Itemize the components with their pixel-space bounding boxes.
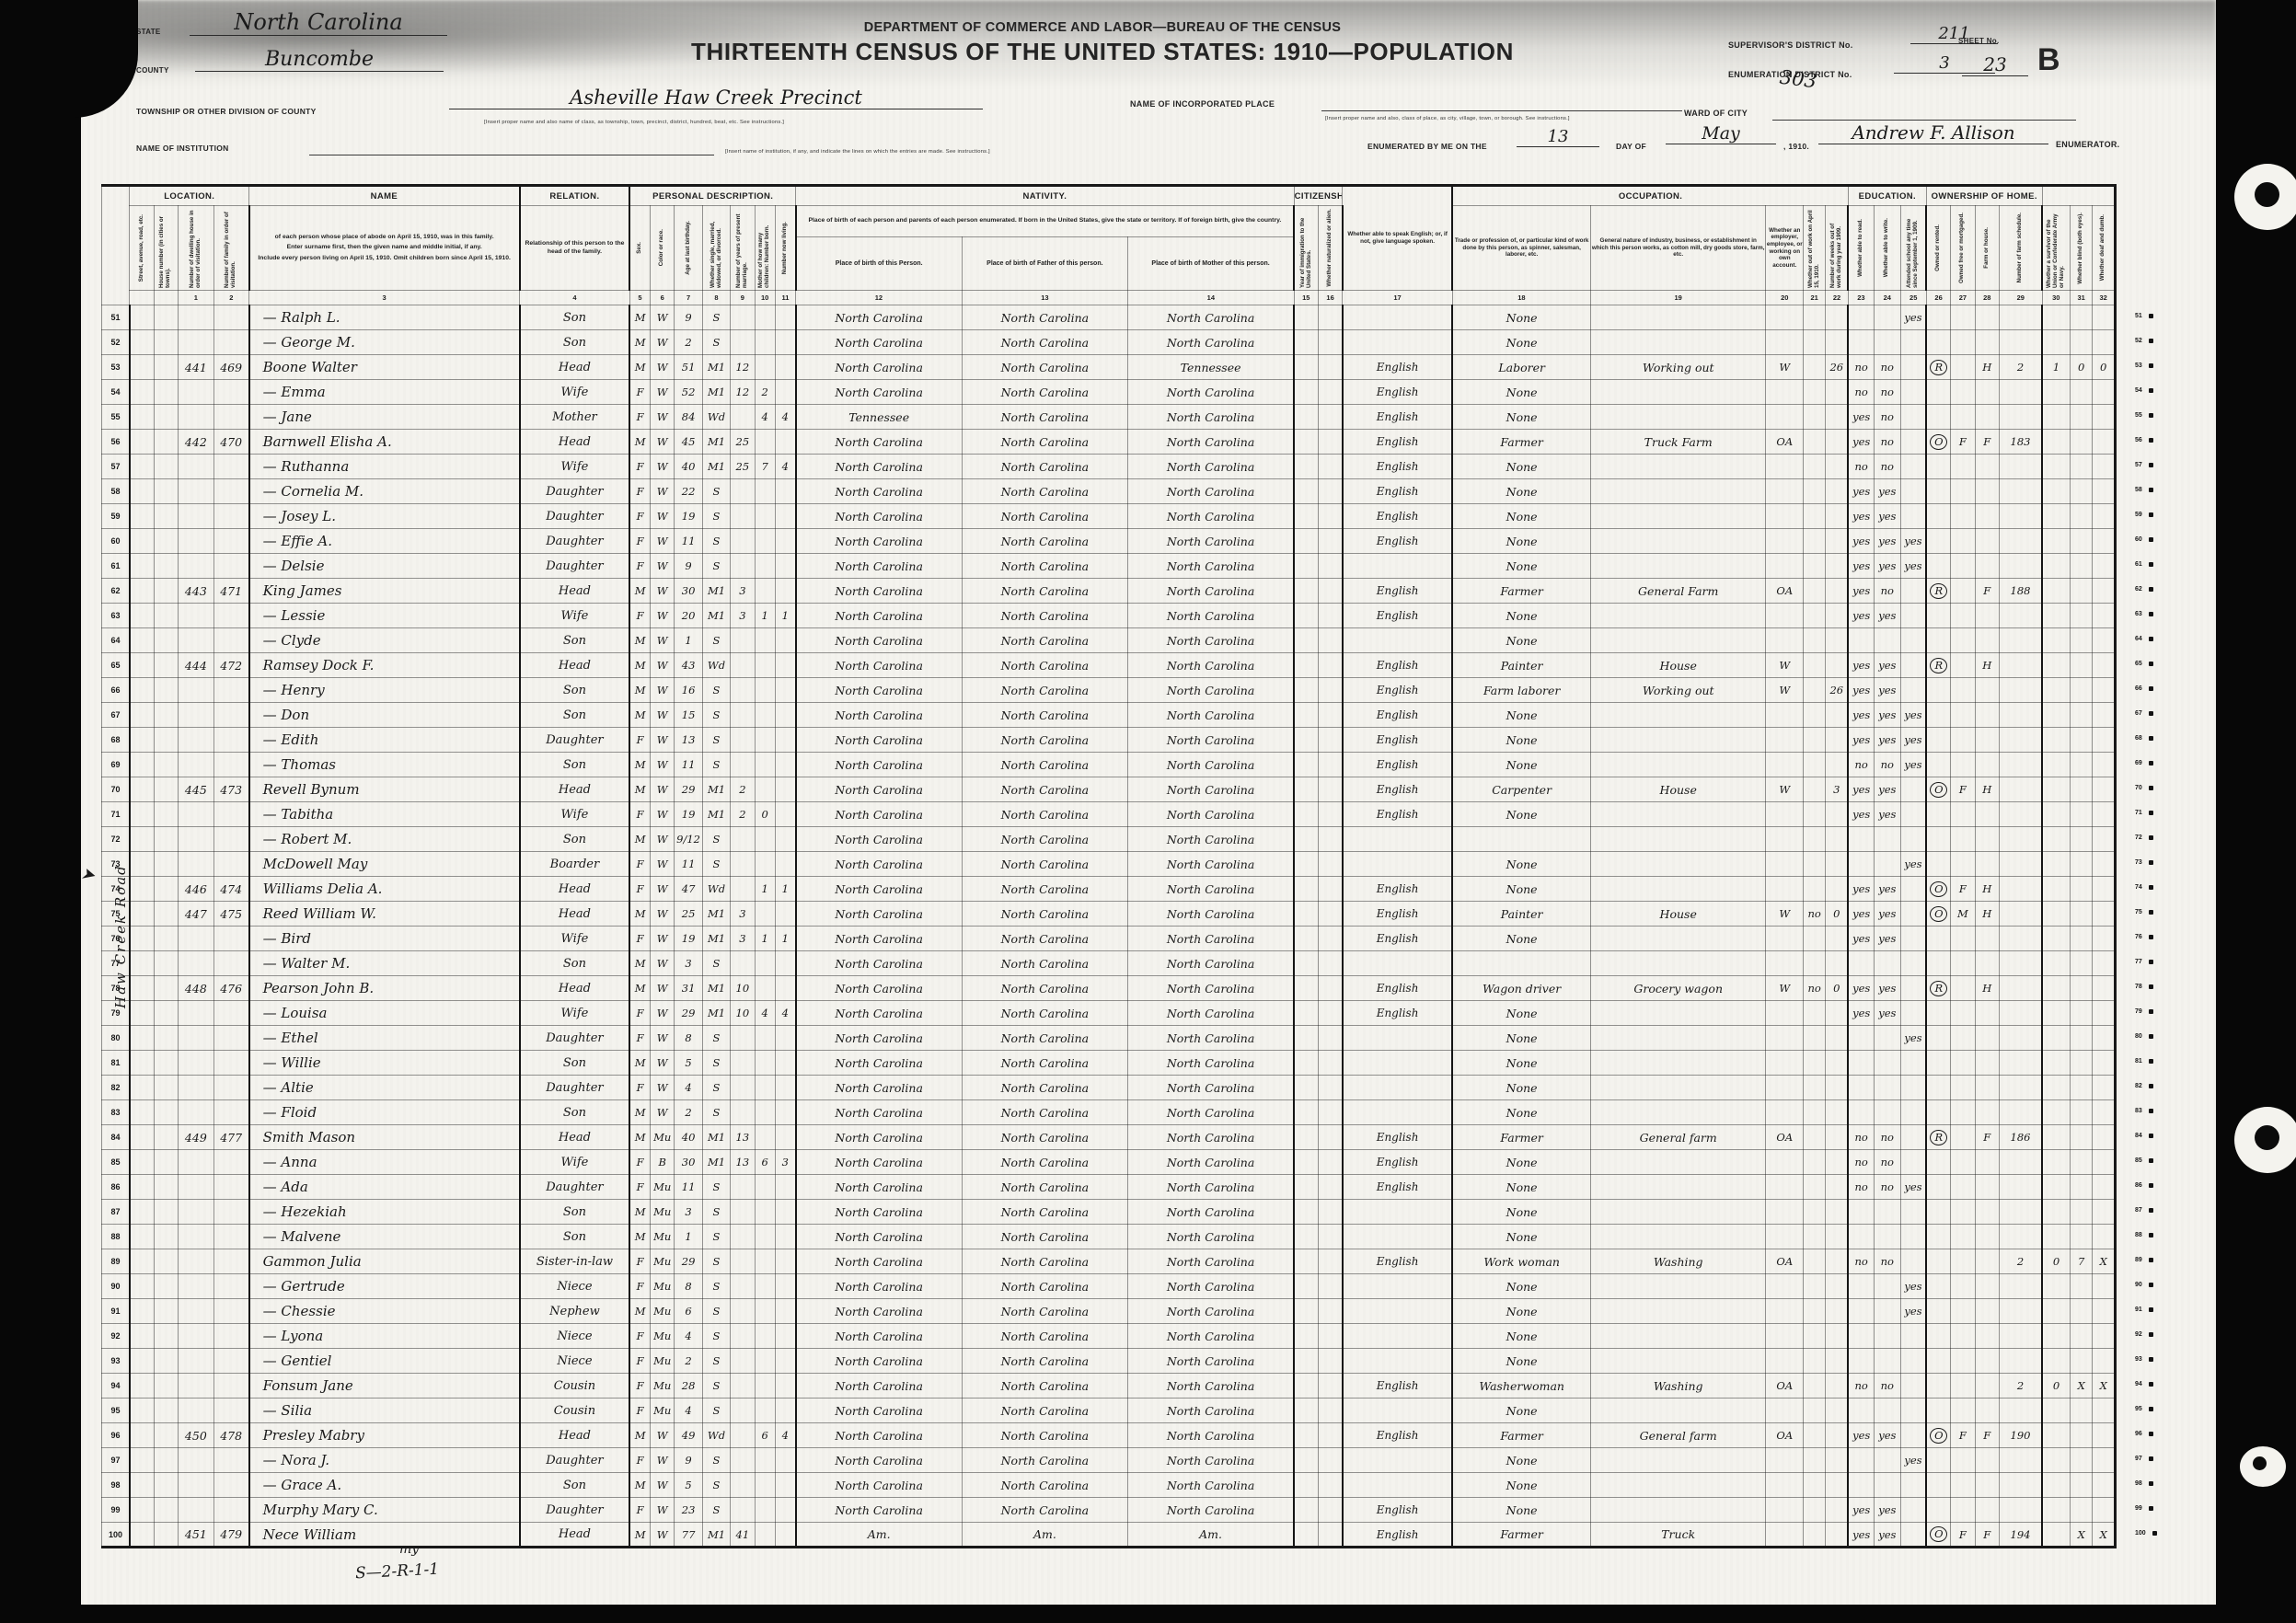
cell-mar: S: [702, 852, 730, 877]
census-row: 64— ClydeSonMW1SNorth CarolinaNorth Caro…: [102, 628, 2116, 653]
cell-trade: None: [1452, 802, 1590, 827]
cell-street: [130, 1448, 154, 1473]
cell-ln: 55: [102, 405, 130, 430]
cell-sch: [1900, 380, 1926, 405]
cell-imm: [1294, 628, 1318, 653]
cell-name: — Ada: [249, 1175, 520, 1200]
margin-line-number: 94: [2135, 1372, 2209, 1397]
cell-house: [154, 1026, 178, 1051]
footer-scribble-1: my: [399, 1542, 419, 1557]
cell-house: [154, 1076, 178, 1100]
cell-age: 28: [675, 1374, 702, 1399]
cell-ln: 86: [102, 1175, 130, 1200]
cell-trade: Painter: [1452, 653, 1590, 678]
cell-sex: F: [629, 1150, 650, 1175]
cell-oow: [1804, 455, 1826, 479]
cell-mar: S: [702, 1249, 730, 1274]
cell-fam: [213, 1225, 249, 1249]
cell-trade: None: [1452, 1076, 1590, 1100]
cell-house: [154, 1100, 178, 1125]
cell-deaf: [2093, 753, 2116, 777]
cell-dw: [179, 628, 214, 653]
cell-fh: [1975, 1200, 1999, 1225]
cell-trade: None: [1452, 1498, 1590, 1523]
cell-name: — Ruthanna: [249, 455, 520, 479]
cell-emp: [1766, 529, 1804, 554]
cell-read: yes: [1848, 777, 1874, 802]
cell-rel: Wife: [520, 455, 630, 479]
group-header-row: LOCATION. NAME RELATION. PERSONAL DESCRI…: [102, 186, 2116, 206]
cell-nat: [1318, 1150, 1342, 1175]
cell-age: 84: [675, 405, 702, 430]
cell-fam: [213, 1100, 249, 1125]
cell-farm: [1999, 827, 2042, 852]
cell-write: yes: [1875, 479, 1900, 504]
cell-sch: [1900, 355, 1926, 380]
cell-read: yes: [1848, 579, 1874, 604]
cell-street: [130, 355, 154, 380]
cell-oow: no: [1804, 976, 1826, 1001]
cell-name: — Jane: [249, 405, 520, 430]
cell-farm: [1999, 1051, 2042, 1076]
margin-line-number: 93: [2135, 1347, 2209, 1372]
cell-eng: English: [1343, 777, 1453, 802]
cell-bp: North Carolina: [796, 380, 962, 405]
cell-farm: [1999, 1026, 2042, 1051]
cell-col: B: [651, 1150, 675, 1175]
census-row: 79— LouisaWifeFW29M11044North CarolinaNo…: [102, 1001, 2116, 1026]
cell-street: [130, 1051, 154, 1076]
cell-write: [1875, 852, 1900, 877]
cell-vet: [2042, 1125, 2070, 1150]
cell-write: no: [1875, 1249, 1900, 1274]
cell-cl: [775, 1448, 795, 1473]
cell-dw: [179, 1026, 214, 1051]
cell-eng: [1343, 1225, 1453, 1249]
cell-cl: [775, 951, 795, 976]
cell-write: yes: [1875, 976, 1900, 1001]
cell-eng: English: [1343, 1523, 1453, 1548]
cell-house: [154, 777, 178, 802]
cell-trade: None: [1452, 1324, 1590, 1349]
cell-farm: [1999, 1498, 2042, 1523]
cell-emp: [1766, 1498, 1804, 1523]
cell-name: Smith Mason: [249, 1125, 520, 1150]
census-row: 90— GertrudeNieceFMu8SNorth CarolinaNort…: [102, 1274, 2116, 1299]
cell-emp: W: [1766, 976, 1804, 1001]
cell-eng: English: [1343, 1175, 1453, 1200]
cell-blind: [2071, 777, 2093, 802]
margin-line-number: 82: [2135, 1074, 2209, 1099]
cell-wks: [1826, 1125, 1848, 1150]
cell-ln: 58: [102, 479, 130, 504]
cell-emp: [1766, 628, 1804, 653]
cell-fh: F: [1975, 1423, 1999, 1448]
cell-blind: [2071, 852, 2093, 877]
col-header-write: Whether able to write.: [1875, 206, 1900, 291]
cell-blind: [2071, 1150, 2093, 1175]
column-number-row: 1234567891011121314151617181920212223242…: [102, 291, 2116, 305]
cell-bpf: North Carolina: [962, 1299, 1127, 1324]
cell-rel: Wife: [520, 1150, 630, 1175]
cell-own: [1926, 1051, 1950, 1076]
cell-write: yes: [1875, 604, 1900, 628]
census-row: 78448476Pearson John B.HeadMW31M110North…: [102, 976, 2116, 1001]
cell-cl: 3: [775, 1150, 795, 1175]
margin-line-number: 69: [2135, 751, 2209, 776]
cell-emp: [1766, 1175, 1804, 1200]
cell-read: yes: [1848, 504, 1874, 529]
cell-col: W: [651, 653, 675, 678]
cell-col: W: [651, 479, 675, 504]
cell-ind: [1590, 1448, 1766, 1473]
cell-sch: yes: [1900, 554, 1926, 579]
cell-name: — Ethel: [249, 1026, 520, 1051]
cell-fh: [1975, 305, 1999, 330]
cell-cb: [755, 1473, 775, 1498]
cell-bpm: North Carolina: [1128, 305, 1294, 330]
cell-emp: [1766, 1399, 1804, 1423]
cell-write: [1875, 1225, 1900, 1249]
cell-farm: [1999, 902, 2042, 927]
cell-rel: Head: [520, 976, 630, 1001]
cell-deaf: [2093, 1399, 2116, 1423]
cell-col: W: [651, 380, 675, 405]
cell-rel: Head: [520, 355, 630, 380]
cell-ln: 96: [102, 1423, 130, 1448]
cell-age: 45: [675, 430, 702, 455]
cell-imm: [1294, 1225, 1318, 1249]
cell-col: W: [651, 827, 675, 852]
cell-mort: [1951, 703, 1975, 728]
cell-eng: [1343, 1026, 1453, 1051]
cell-write: yes: [1875, 1423, 1900, 1448]
cell-ind: [1590, 1225, 1766, 1249]
cell-farm: [1999, 1175, 2042, 1200]
cell-mar: M1: [702, 1001, 730, 1026]
margin-line-number: 80: [2135, 1024, 2209, 1049]
cell-rel: Son: [520, 1200, 630, 1225]
cell-dw: [179, 927, 214, 951]
cell-bp: North Carolina: [796, 330, 962, 355]
cell-sch: [1900, 1150, 1926, 1175]
cell-cl: [775, 1399, 795, 1423]
cell-street: [130, 728, 154, 753]
cell-ln: 69: [102, 753, 130, 777]
cell-read: yes: [1848, 1523, 1874, 1548]
cell-age: 2: [675, 1349, 702, 1374]
cell-farm: [1999, 1076, 2042, 1100]
cell-cl: [775, 728, 795, 753]
cell-deaf: [2093, 678, 2116, 703]
cell-name: — Robert M.: [249, 827, 520, 852]
cell-ind: [1590, 529, 1766, 554]
cell-bpf: North Carolina: [962, 579, 1127, 604]
cell-name: — Nora J.: [249, 1448, 520, 1473]
cell-ln: 67: [102, 703, 130, 728]
cell-read: no: [1848, 753, 1874, 777]
margin-arrow: ➤: [79, 864, 97, 886]
cell-street: [130, 628, 154, 653]
cell-street: [130, 405, 154, 430]
cell-farm: [1999, 380, 2042, 405]
cell-farm: [1999, 1399, 2042, 1423]
cell-cb: [755, 1374, 775, 1399]
cell-street: [130, 678, 154, 703]
cell-ln: 88: [102, 1225, 130, 1249]
cell-read: yes: [1848, 802, 1874, 827]
department-line: DEPARTMENT OF COMMERCE AND LABOR—BUREAU …: [385, 20, 1820, 35]
cell-oow: [1804, 1076, 1826, 1100]
census-row: 65444472Ramsey Dock F.HeadMW43WdNorth Ca…: [102, 653, 2116, 678]
cell-imm: [1294, 1324, 1318, 1349]
cell-blind: [2071, 1473, 2093, 1498]
cell-write: yes: [1875, 1523, 1900, 1548]
cell-fh: [1975, 1498, 1999, 1523]
cell-trade: None: [1452, 604, 1590, 628]
cell-rel: Head: [520, 777, 630, 802]
cell-age: 23: [675, 1498, 702, 1523]
cell-deaf: [2093, 902, 2116, 927]
cell-trade: None: [1452, 753, 1590, 777]
cell-ln: 91: [102, 1299, 130, 1324]
cell-vet: [2042, 1399, 2070, 1423]
cell-sch: [1900, 877, 1926, 902]
cell-eng: [1343, 330, 1453, 355]
cell-name: Ramsey Dock F.: [249, 653, 520, 678]
cell-dw: [179, 305, 214, 330]
film-edge-right: [2216, 0, 2296, 1623]
cell-own: [1926, 1473, 1950, 1498]
cell-age: 9: [675, 1448, 702, 1473]
cell-name: Pearson John B.: [249, 976, 520, 1001]
cell-cl: [775, 1498, 795, 1523]
cell-col: W: [651, 628, 675, 653]
cell-read: yes: [1848, 604, 1874, 628]
census-row: 84449477Smith MasonHeadMMu40M113North Ca…: [102, 1125, 2116, 1150]
read-header-label: Whether able to read.: [1858, 219, 1864, 277]
cell-fh: [1975, 1324, 1999, 1349]
cell-bp: North Carolina: [796, 579, 962, 604]
cell-age: 29: [675, 1001, 702, 1026]
cell-read: [1848, 1051, 1874, 1076]
cell-own: O: [1926, 1423, 1950, 1448]
cell-blind: [2071, 1448, 2093, 1473]
cell-vet: [2042, 678, 2070, 703]
cell-ln: 53: [102, 355, 130, 380]
cell-oow: [1804, 529, 1826, 554]
cell-trade: None: [1452, 504, 1590, 529]
cell-cl: [775, 976, 795, 1001]
cell-age: 4: [675, 1076, 702, 1100]
cell-emp: W: [1766, 902, 1804, 927]
cell-cb: [755, 529, 775, 554]
cell-farm: [1999, 777, 2042, 802]
cell-bp: North Carolina: [796, 1448, 962, 1473]
cell-dw: [179, 504, 214, 529]
cell-street: [130, 1324, 154, 1349]
cell-mort: [1951, 1448, 1975, 1473]
cell-own: [1926, 1200, 1950, 1225]
cell-age: 8: [675, 1026, 702, 1051]
cell-mar: S: [702, 504, 730, 529]
cell-write: yes: [1875, 877, 1900, 902]
cell-bpf: North Carolina: [962, 927, 1127, 951]
cell-blind: [2071, 1299, 2093, 1324]
cell-house: [154, 1349, 178, 1374]
cell-fh: [1975, 951, 1999, 976]
cell-own: [1926, 1349, 1950, 1374]
census-row: 52— George M.SonMW2SNorth CarolinaNorth …: [102, 330, 2116, 355]
cell-read: yes: [1848, 554, 1874, 579]
cell-ind: House: [1590, 653, 1766, 678]
cell-rel: Daughter: [520, 1448, 630, 1473]
cell-cb: [755, 430, 775, 455]
cell-deaf: [2093, 951, 2116, 976]
cell-read: no: [1848, 455, 1874, 479]
cell-street: [130, 827, 154, 852]
cell-cl: [775, 1274, 795, 1299]
cell-mar: S: [702, 1225, 730, 1249]
census-row: 62443471King JamesHeadMW30M13North Carol…: [102, 579, 2116, 604]
cell-vet: [2042, 951, 2070, 976]
cell-bpf: North Carolina: [962, 1448, 1127, 1473]
cell-fh: F: [1975, 1125, 1999, 1150]
cell-bpm: North Carolina: [1128, 1299, 1294, 1324]
cell-vet: [2042, 927, 2070, 951]
cell-mar: M1: [702, 976, 730, 1001]
cell-sch: [1900, 1324, 1926, 1349]
cell-write: yes: [1875, 802, 1900, 827]
cell-fh: F: [1975, 1523, 1999, 1548]
cell-bpf: North Carolina: [962, 604, 1127, 628]
cell-dw: [179, 1349, 214, 1374]
margin-line-number: 61: [2135, 552, 2209, 577]
cell-cb: [755, 678, 775, 703]
cell-bpf: North Carolina: [962, 951, 1127, 976]
cell-trade: [1452, 951, 1590, 976]
cell-vet: [2042, 305, 2070, 330]
column-number: 13: [962, 291, 1127, 305]
cell-imm: [1294, 728, 1318, 753]
cell-sex: F: [629, 1374, 650, 1399]
cell-sch: [1900, 1001, 1926, 1026]
cell-deaf: [2093, 1299, 2116, 1324]
col-header-family-number: Number of family in order of visitation.: [213, 206, 249, 291]
cell-col: W: [651, 1026, 675, 1051]
margin-line-number: 67: [2135, 701, 2209, 726]
census-row: 63— LessieWifeFW20M1311North CarolinaNor…: [102, 604, 2116, 628]
cell-imm: [1294, 479, 1318, 504]
cell-imm: [1294, 1473, 1318, 1498]
cell-wks: [1826, 1249, 1848, 1274]
cell-blind: [2071, 1125, 2093, 1150]
title-block: DEPARTMENT OF COMMERCE AND LABOR—BUREAU …: [385, 20, 1820, 66]
cell-cb: 4: [755, 405, 775, 430]
cell-fam: [213, 802, 249, 827]
margin-line-number: 100: [2135, 1521, 2209, 1546]
punch-hole-1: [2255, 182, 2279, 207]
cell-yrs: 2: [731, 777, 755, 802]
cell-sch: [1900, 653, 1926, 678]
cell-dw: [179, 802, 214, 827]
cell-write: [1875, 1349, 1900, 1374]
cell-imm: [1294, 1150, 1318, 1175]
cell-house: [154, 628, 178, 653]
cell-cl: [775, 777, 795, 802]
cell-house: [154, 430, 178, 455]
census-row: 86— AdaDaughterFMu11SNorth CarolinaNorth…: [102, 1175, 2116, 1200]
cell-yrs: [731, 1100, 755, 1125]
cell-cb: [755, 653, 775, 678]
cell-imm: [1294, 430, 1318, 455]
cell-house: [154, 1051, 178, 1076]
cell-cb: [755, 1349, 775, 1374]
cell-name: Gammon Julia: [249, 1249, 520, 1274]
cell-bpm: North Carolina: [1128, 479, 1294, 504]
cell-own: [1926, 1150, 1950, 1175]
cell-rel: Son: [520, 753, 630, 777]
cell-nat: [1318, 305, 1342, 330]
cell-deaf: [2093, 1001, 2116, 1026]
cell-oow: [1804, 1473, 1826, 1498]
cell-col: W: [651, 678, 675, 703]
cell-age: 20: [675, 604, 702, 628]
cell-nat: [1318, 1200, 1342, 1225]
cell-age: 9: [675, 305, 702, 330]
cell-blind: [2071, 902, 2093, 927]
cell-ind: [1590, 628, 1766, 653]
cell-bp: North Carolina: [796, 1026, 962, 1051]
cell-mar: S: [702, 1498, 730, 1523]
cell-nat: [1318, 1249, 1342, 1274]
cell-bp: North Carolina: [796, 802, 962, 827]
margin-line-number: 73: [2135, 850, 2209, 875]
institution-label: NAME OF INSTITUTION: [136, 144, 229, 153]
cell-cb: [755, 951, 775, 976]
cell-write: [1875, 827, 1900, 852]
cell-bpm: North Carolina: [1128, 1448, 1294, 1473]
cell-age: 2: [675, 330, 702, 355]
cell-write: [1875, 1076, 1900, 1100]
cell-col: W: [651, 1498, 675, 1523]
cell-read: yes: [1848, 976, 1874, 1001]
cell-oow: [1804, 927, 1826, 951]
cell-read: yes: [1848, 1498, 1874, 1523]
cell-fam: [213, 827, 249, 852]
cell-bpf: North Carolina: [962, 1249, 1127, 1274]
cell-deaf: [2093, 1051, 2116, 1076]
cell-age: 9: [675, 554, 702, 579]
cell-write: yes: [1875, 777, 1900, 802]
cell-oow: [1804, 802, 1826, 827]
cell-street: [130, 1523, 154, 1548]
col-header-age: Age at last birthday.: [675, 206, 702, 291]
cell-age: 4: [675, 1399, 702, 1423]
cell-oow: [1804, 827, 1826, 852]
cell-sch: [1900, 951, 1926, 976]
cell-sch: [1900, 927, 1926, 951]
cell-farm: [1999, 554, 2042, 579]
cell-sex: M: [629, 355, 650, 380]
cell-mar: S: [702, 1100, 730, 1125]
cell-ind: [1590, 1001, 1766, 1026]
cell-wks: [1826, 852, 1848, 877]
cell-house: [154, 1324, 178, 1349]
cell-cl: [775, 1225, 795, 1249]
margin-line-number: 84: [2135, 1123, 2209, 1148]
cell-mar: M1: [702, 579, 730, 604]
